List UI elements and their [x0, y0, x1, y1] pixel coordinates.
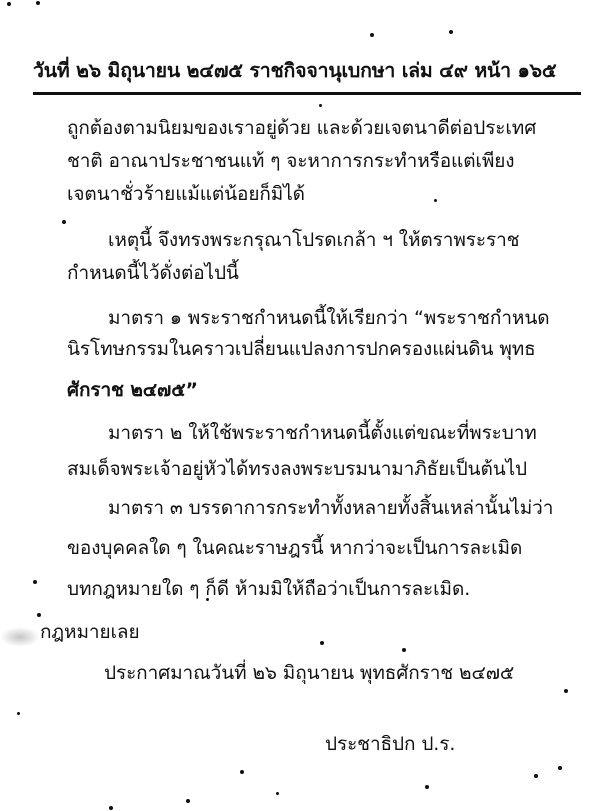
- gazette-header: วันที่ ๒๖ มิถุนายน ๒๔๗๕ ราชกิจจานุเบกษา …: [33, 58, 581, 95]
- body-line: ชาติ อาณาประชาชนแท้ ๆ จะหาการกระทำหรือแต…: [67, 148, 514, 174]
- body-line: ของบุคคลใด ๆ ในคณะราษฎรนี้ หากว่าจะเป็นก…: [67, 535, 522, 561]
- print-speck: [33, 580, 37, 584]
- print-speck: [276, 792, 279, 795]
- print-speck: [558, 766, 562, 770]
- print-speck: [370, 33, 374, 37]
- print-speck: [109, 806, 113, 810]
- body-line: กำหนดนี้ไว้ดั่งต่อไปนี้: [67, 260, 239, 286]
- section-2-line: มาตรา ๒ ให้ใช้พระราชกำหนดนี้ตั้งแต่ขณะที…: [108, 420, 537, 446]
- print-speck: [402, 648, 406, 652]
- print-speck: [36, 1, 40, 5]
- body-line: ศักราช ๒๔๗๕”: [67, 377, 198, 403]
- body-line: นิรโทษกรรมในคราวเปลี่ยนแปลงการปกครองแผ่น…: [67, 336, 536, 362]
- print-speck: [206, 598, 209, 601]
- print-speck: [449, 30, 453, 34]
- print-speck: [37, 613, 41, 617]
- header-text: วันที่ ๒๖ มิถุนายน ๒๔๗๕ ราชกิจจานุเบกษา …: [33, 58, 556, 84]
- body-line: เหตุนี้ จึงทรงพระกรุณาโปรดเกล้า ฯ ให้ตรา…: [108, 227, 519, 253]
- print-speck: [320, 641, 324, 645]
- section-1-line: มาตรา ๑ พระราชกำหนดนี้ให้เรียกว่า “พระรา…: [108, 305, 549, 331]
- print-speck: [62, 220, 66, 224]
- body-line: เจตนาชั่วร้ายแม้แต่น้อยก็มิได้: [67, 181, 305, 207]
- print-speck: [425, 785, 429, 789]
- body-line: กฎหมายเลย: [40, 619, 139, 645]
- print-speck: [7, 2, 11, 6]
- gazette-page: วันที่ ๒๖ มิถุนายน ๒๔๗๕ ราชกิจจานุเบกษา …: [0, 0, 611, 811]
- print-speck: [534, 774, 538, 778]
- section-3-line: มาตรา ๓ บรรดาการกระทำทั้งหลายทั้งสิ้นเหล…: [108, 495, 553, 521]
- body-line: บทกฎหมายใด ๆ ก็ดี ห้ามมิให้ถือว่าเป็นการ…: [67, 576, 470, 602]
- print-speck: [240, 770, 244, 774]
- body-line: ถูกต้องตามนิยมของเราอยู่ด้วย และด้วยเจตน…: [67, 115, 536, 141]
- print-speck: [319, 104, 322, 107]
- print-speck: [434, 199, 437, 202]
- body-line: สมเด็จพระเจ้าอยู่หัวได้ทรงลงพระบรมนามาภิ…: [67, 456, 527, 482]
- print-speck: [17, 712, 20, 715]
- royal-signature: ประชาธิปก ป.ร.: [325, 731, 455, 757]
- print-smudge: [0, 627, 40, 647]
- proclamation-date: ประกาศมาณวันที่ ๒๖ มิถุนายน พุทธศักราช ๒…: [104, 660, 514, 686]
- print-speck: [564, 689, 568, 693]
- print-speck: [186, 799, 190, 803]
